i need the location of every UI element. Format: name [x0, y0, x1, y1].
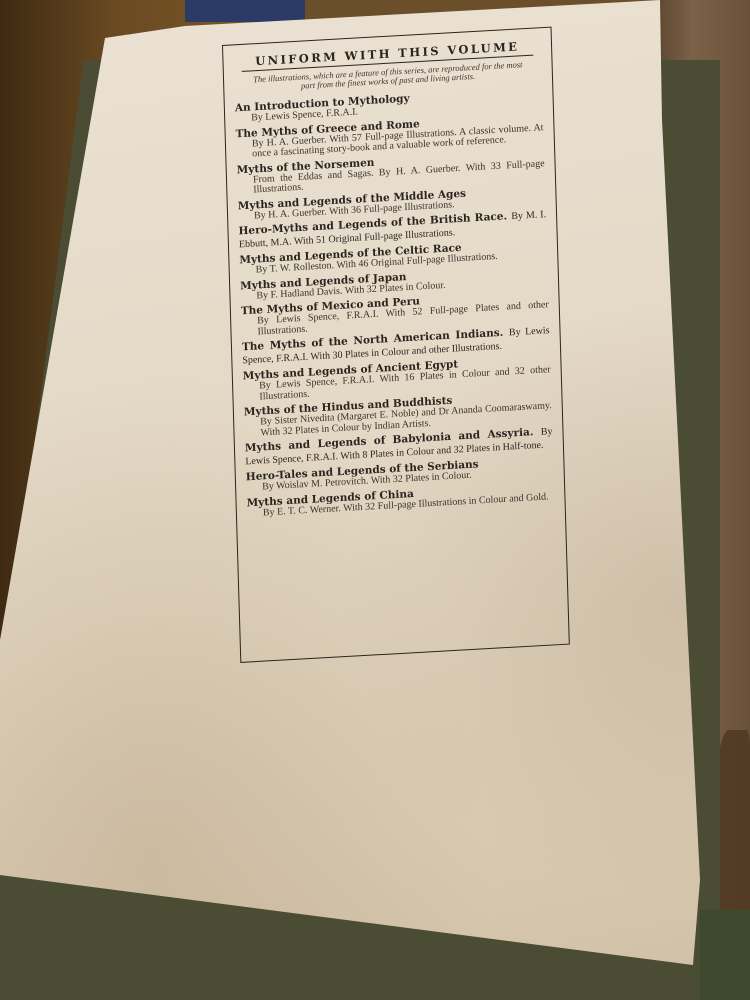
plaid-blanket-corner	[185, 0, 305, 22]
publisher-advert-box: UNIFORM WITH THIS VOLUME The illustratio…	[222, 27, 570, 663]
photo-scene: UNIFORM WITH THIS VOLUME The illustratio…	[0, 0, 750, 1000]
water-stain	[715, 730, 750, 910]
green-cloth-corner	[700, 910, 750, 1000]
